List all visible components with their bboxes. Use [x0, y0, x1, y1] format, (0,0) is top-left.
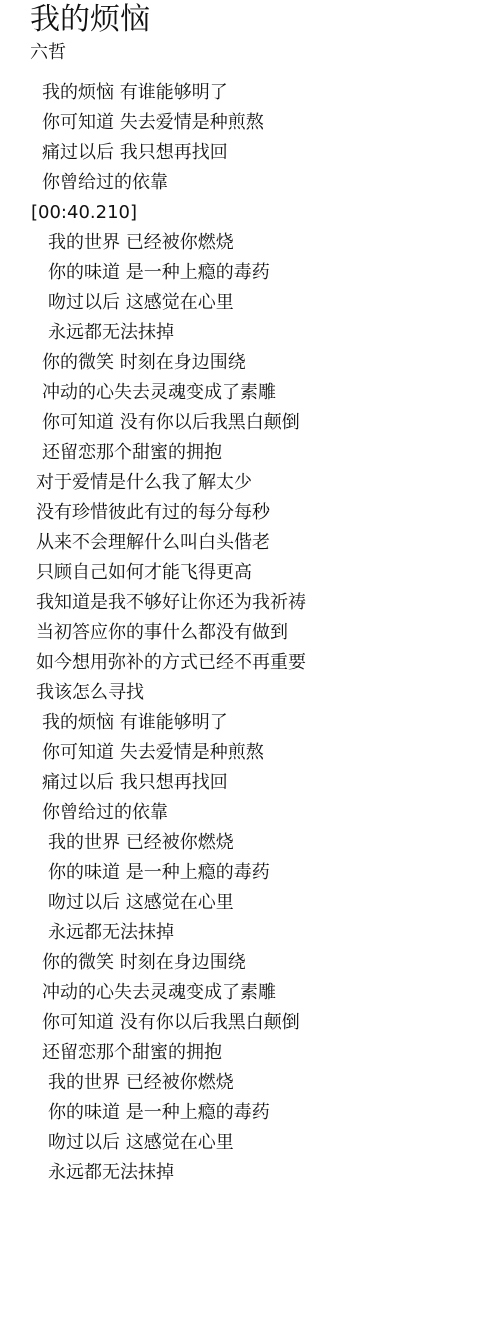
lyric-line: 当初答应你的事什么都没有做到 — [0, 618, 500, 648]
lyric-line: 永远都无法抹掉 — [0, 318, 500, 348]
lyric-line: 冲动的心失去灵魂变成了素雕 — [0, 378, 500, 408]
lyric-line: 你的微笑 时刻在身边围绕 — [0, 348, 500, 378]
lyric-line: 你曾给过的依靠 — [0, 798, 500, 828]
lyric-line: 没有珍惜彼此有过的每分每秒 — [0, 498, 500, 528]
lyric-line: 你曾给过的依靠 — [0, 168, 500, 198]
lyric-line: 我知道是我不够好让你还为我祈祷 — [0, 588, 500, 618]
lyric-line: 你可知道 失去爱情是种煎熬 — [0, 738, 500, 768]
lyric-line: 你的微笑 时刻在身边围绕 — [0, 948, 500, 978]
lyrics-list: 我的烦恼 有谁能够明了你可知道 失去爱情是种煎熬痛过以后 我只想再找回你曾给过的… — [0, 78, 500, 1188]
lyric-line: 我的世界 已经被你燃烧 — [0, 828, 500, 858]
lyric-line: 如今想用弥补的方式已经不再重要 — [0, 648, 500, 678]
lyric-line: 还留恋那个甜蜜的拥抱 — [0, 1038, 500, 1068]
lyric-line: 我的烦恼 有谁能够明了 — [0, 78, 500, 108]
lyric-line: 我该怎么寻找 — [0, 678, 500, 708]
lyric-line: 我的世界 已经被你燃烧 — [0, 1068, 500, 1098]
lyric-line: 痛过以后 我只想再找回 — [0, 138, 500, 168]
lyric-line: 只顾自己如何才能飞得更高 — [0, 558, 500, 588]
lyric-line: 我的世界 已经被你燃烧 — [0, 228, 500, 258]
lyric-line: 你的味道 是一种上瘾的毒药 — [0, 858, 500, 888]
lyric-line: 吻过以后 这感觉在心里 — [0, 1128, 500, 1158]
song-title: 我的烦恼 — [30, 0, 150, 40]
lyric-line: 你可知道 没有你以后我黑白颠倒 — [0, 408, 500, 438]
lyric-line: 对于爱情是什么我了解太少 — [0, 468, 500, 498]
lyric-line: 永远都无法抹掉 — [0, 918, 500, 948]
song-artist: 六哲 — [30, 40, 66, 66]
lyric-line: 吻过以后 这感觉在心里 — [0, 888, 500, 918]
lyric-line: 还留恋那个甜蜜的拥抱 — [0, 438, 500, 468]
lyric-line: 我的烦恼 有谁能够明了 — [0, 708, 500, 738]
lyric-line: 你可知道 没有你以后我黑白颠倒 — [0, 1008, 500, 1038]
lyric-line: 永远都无法抹掉 — [0, 1158, 500, 1188]
lyric-line: 冲动的心失去灵魂变成了素雕 — [0, 978, 500, 1008]
lyric-line: 痛过以后 我只想再找回 — [0, 768, 500, 798]
lyric-line: 吻过以后 这感觉在心里 — [0, 288, 500, 318]
lyric-line: 你的味道 是一种上瘾的毒药 — [0, 1098, 500, 1128]
lyric-line: 你的味道 是一种上瘾的毒药 — [0, 258, 500, 288]
lyric-timestamp: [00:40.210] — [0, 198, 500, 228]
lyric-line: 你可知道 失去爱情是种煎熬 — [0, 108, 500, 138]
lyric-line: 从来不会理解什么叫白头偕老 — [0, 528, 500, 558]
